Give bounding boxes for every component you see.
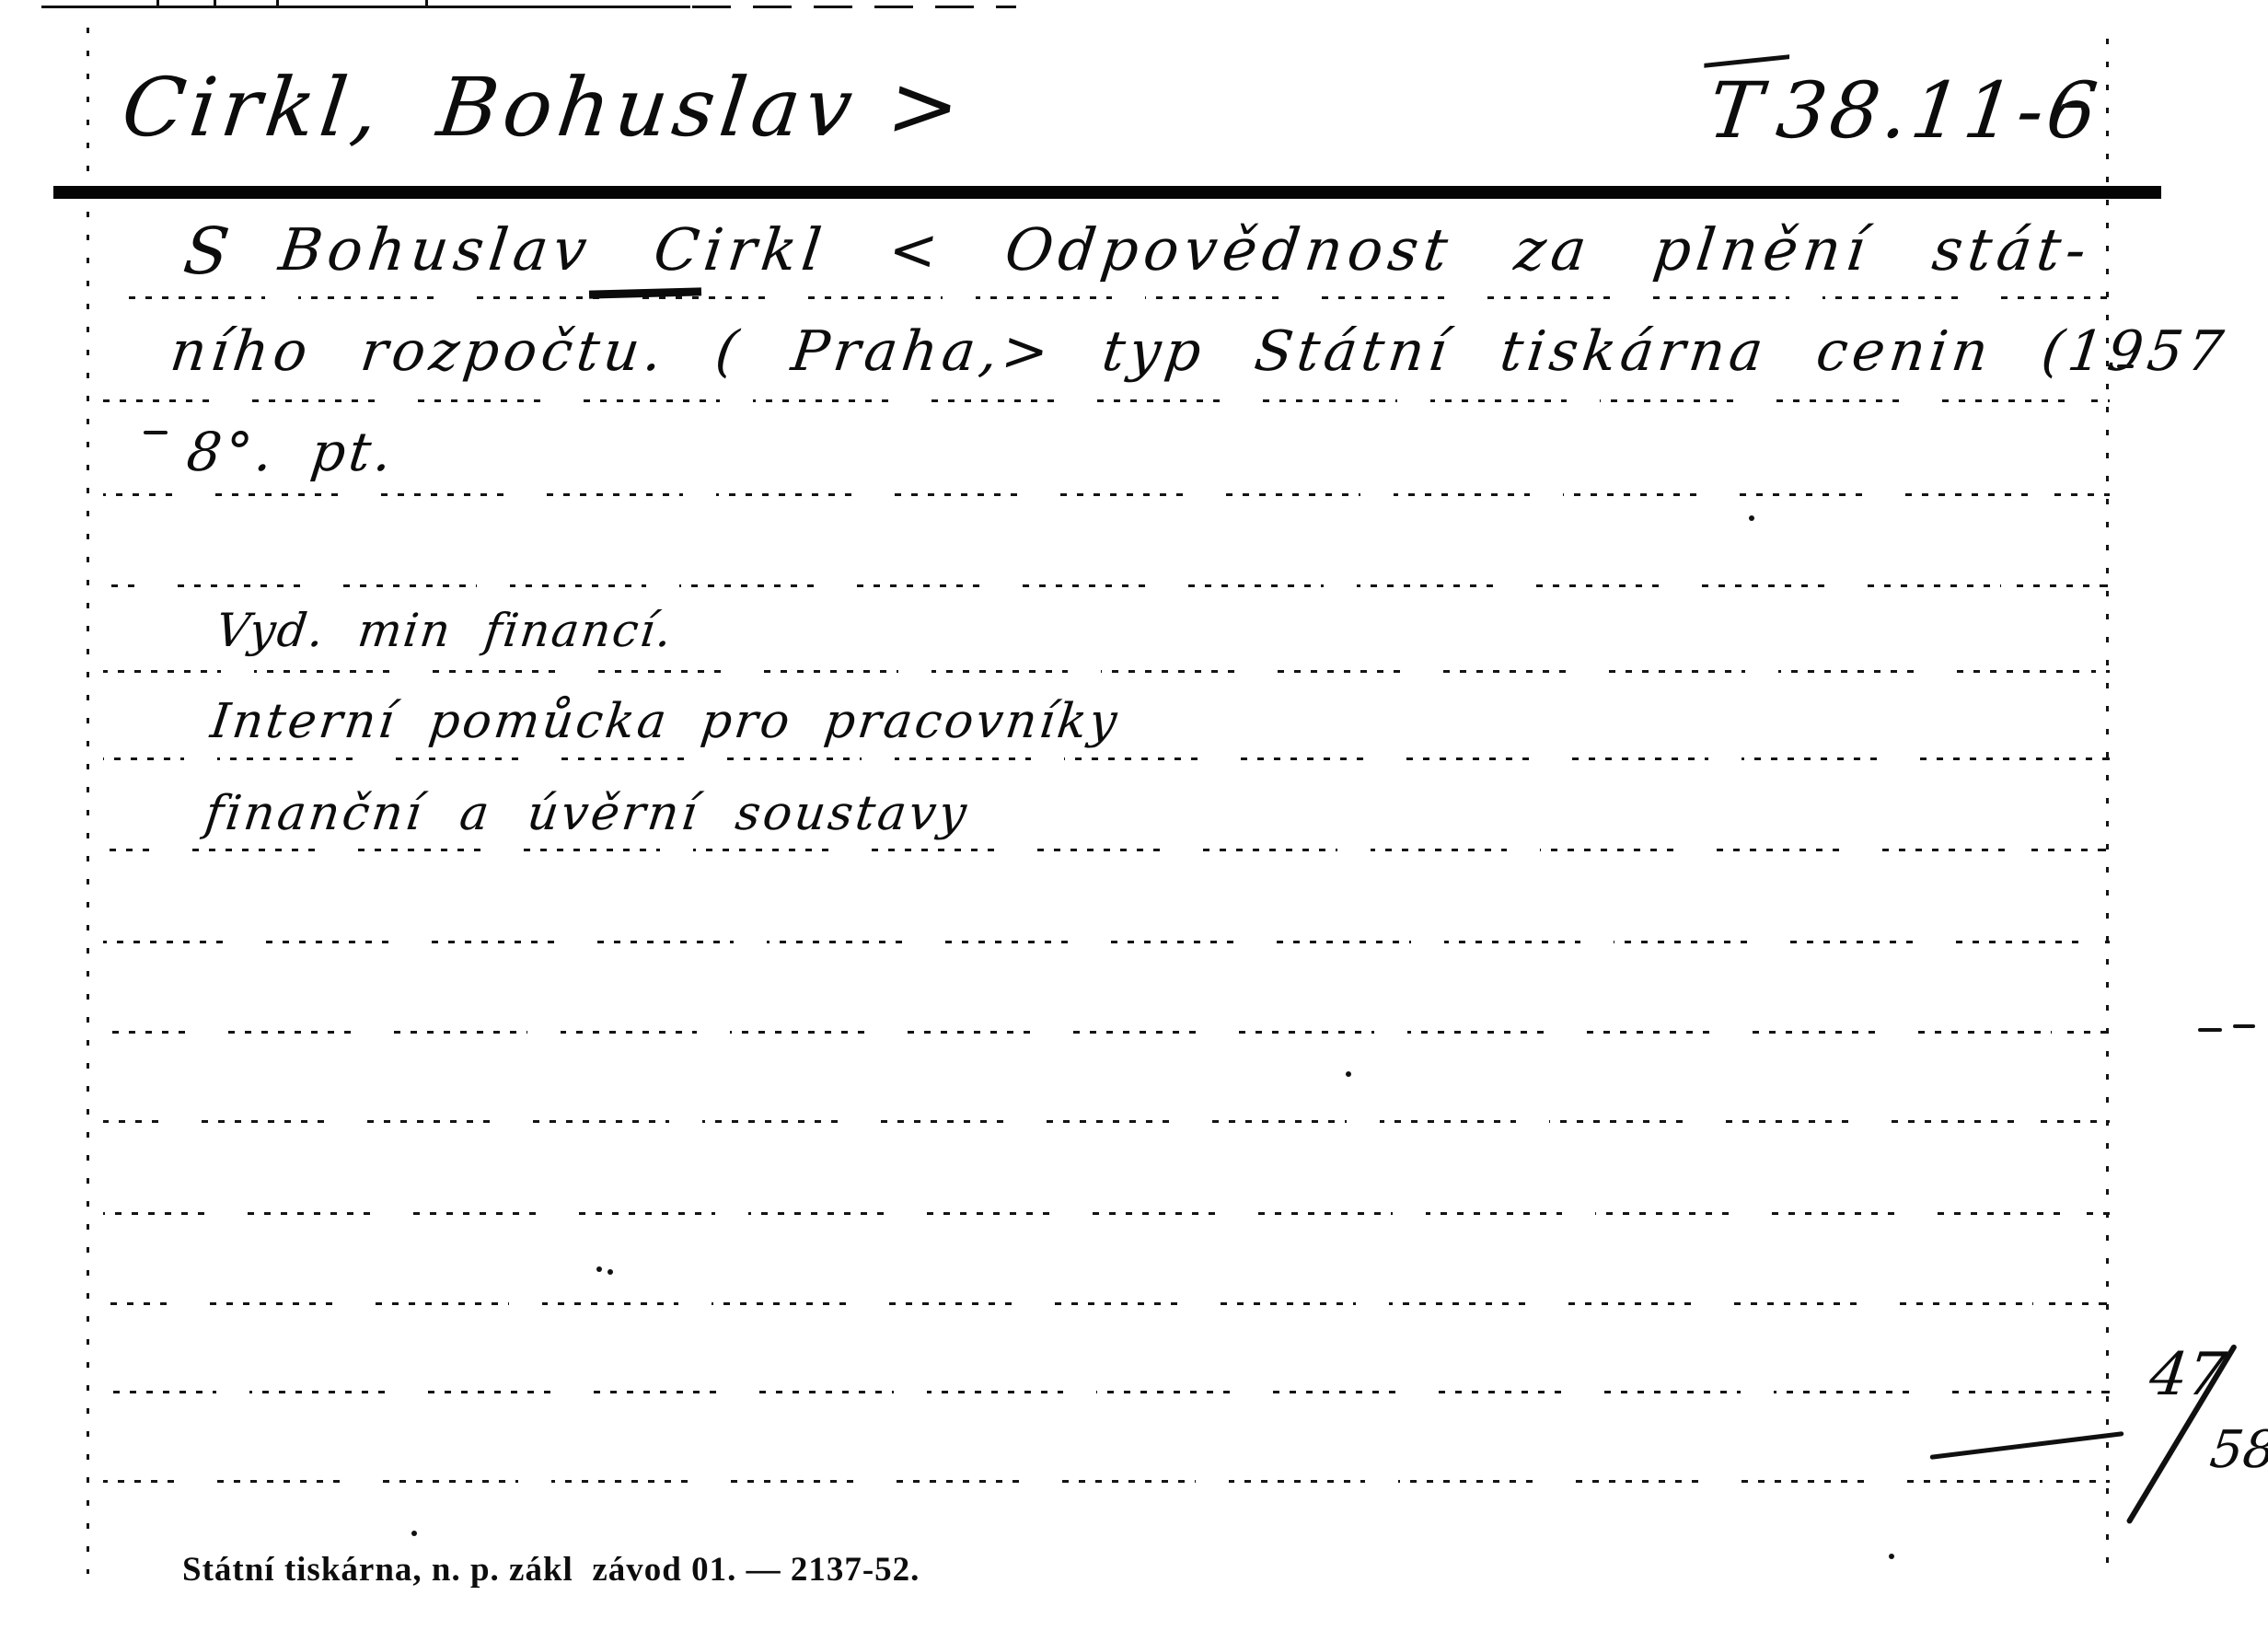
scan-dash	[144, 431, 168, 434]
scan-speck	[596, 1266, 602, 1272]
note-line-2: finanční a úvěrní soustavy	[202, 790, 972, 838]
scan-tick	[276, 0, 279, 6]
left-margin-line	[87, 28, 89, 1574]
ruled-line	[103, 399, 2110, 402]
scan-dash	[2062, 104, 2088, 108]
ruled-line	[103, 584, 2110, 587]
ruled-line	[103, 757, 2110, 760]
scan-dash	[2233, 1024, 2255, 1028]
entry-lead-mark: S	[180, 219, 233, 283]
header-rule	[53, 186, 2161, 199]
scan-dash	[2198, 1028, 2222, 1032]
publisher-note: Vyd. min financí.	[214, 607, 676, 653]
fraction-lead-dash	[1929, 1431, 2123, 1460]
scan-edge-line	[41, 6, 690, 8]
call-number-prefix: T	[1705, 72, 1769, 149]
scan-speck	[1346, 1071, 1351, 1077]
call-number: T38.11-6	[1705, 72, 2105, 149]
ruled-line	[129, 296, 2110, 299]
scan-speck	[1889, 1554, 1894, 1559]
scan-dash	[2117, 364, 2134, 368]
fraction-denominator: 58	[2207, 1425, 2268, 1476]
scan-tick	[214, 0, 216, 6]
right-margin-line	[2106, 39, 2109, 1568]
author-name: Cirkl, Bohuslav	[117, 60, 862, 155]
ruled-line	[103, 849, 2110, 851]
ruled-line	[103, 1212, 2110, 1215]
ruled-line	[103, 1120, 2110, 1123]
ruled-line	[103, 1302, 2110, 1305]
ruled-line	[103, 941, 2110, 943]
entry-format-line: 8°. pt.	[184, 425, 399, 479]
author-insert-mark: >	[851, 57, 971, 156]
printer-imprint: Státní tiskárna, n. p. zákl závod 01. — …	[182, 1550, 920, 1590]
ruled-line	[103, 670, 2110, 673]
ruled-line	[103, 1480, 2110, 1483]
ruled-line	[103, 1031, 2110, 1034]
scan-speck	[607, 1269, 613, 1275]
ruled-line	[103, 1391, 2110, 1393]
ruled-line	[103, 493, 2110, 496]
scan-edge-line-dashed	[692, 6, 1016, 8]
scan-speck	[411, 1531, 417, 1536]
entry-line-2: ního rozpočtu. ( Praha,> typ Státní tisk…	[168, 324, 2268, 379]
author-heading: Cirkl, Bohuslav>	[118, 64, 970, 149]
note-line-1: Interní pomůcka pro pracovníky	[208, 698, 1122, 746]
scan-tick	[156, 0, 159, 6]
scan-tick	[425, 0, 428, 6]
call-number-value: 38.11-6	[1772, 65, 2105, 156]
entry-line-1: Bohuslav Cirkl < Odpovědnost za plnění s…	[276, 221, 2095, 279]
scan-speck	[1749, 515, 1754, 521]
catalog-card: Cirkl, Bohuslav> T38.11-6 S Bohuslav Cir…	[0, 0, 2268, 1630]
